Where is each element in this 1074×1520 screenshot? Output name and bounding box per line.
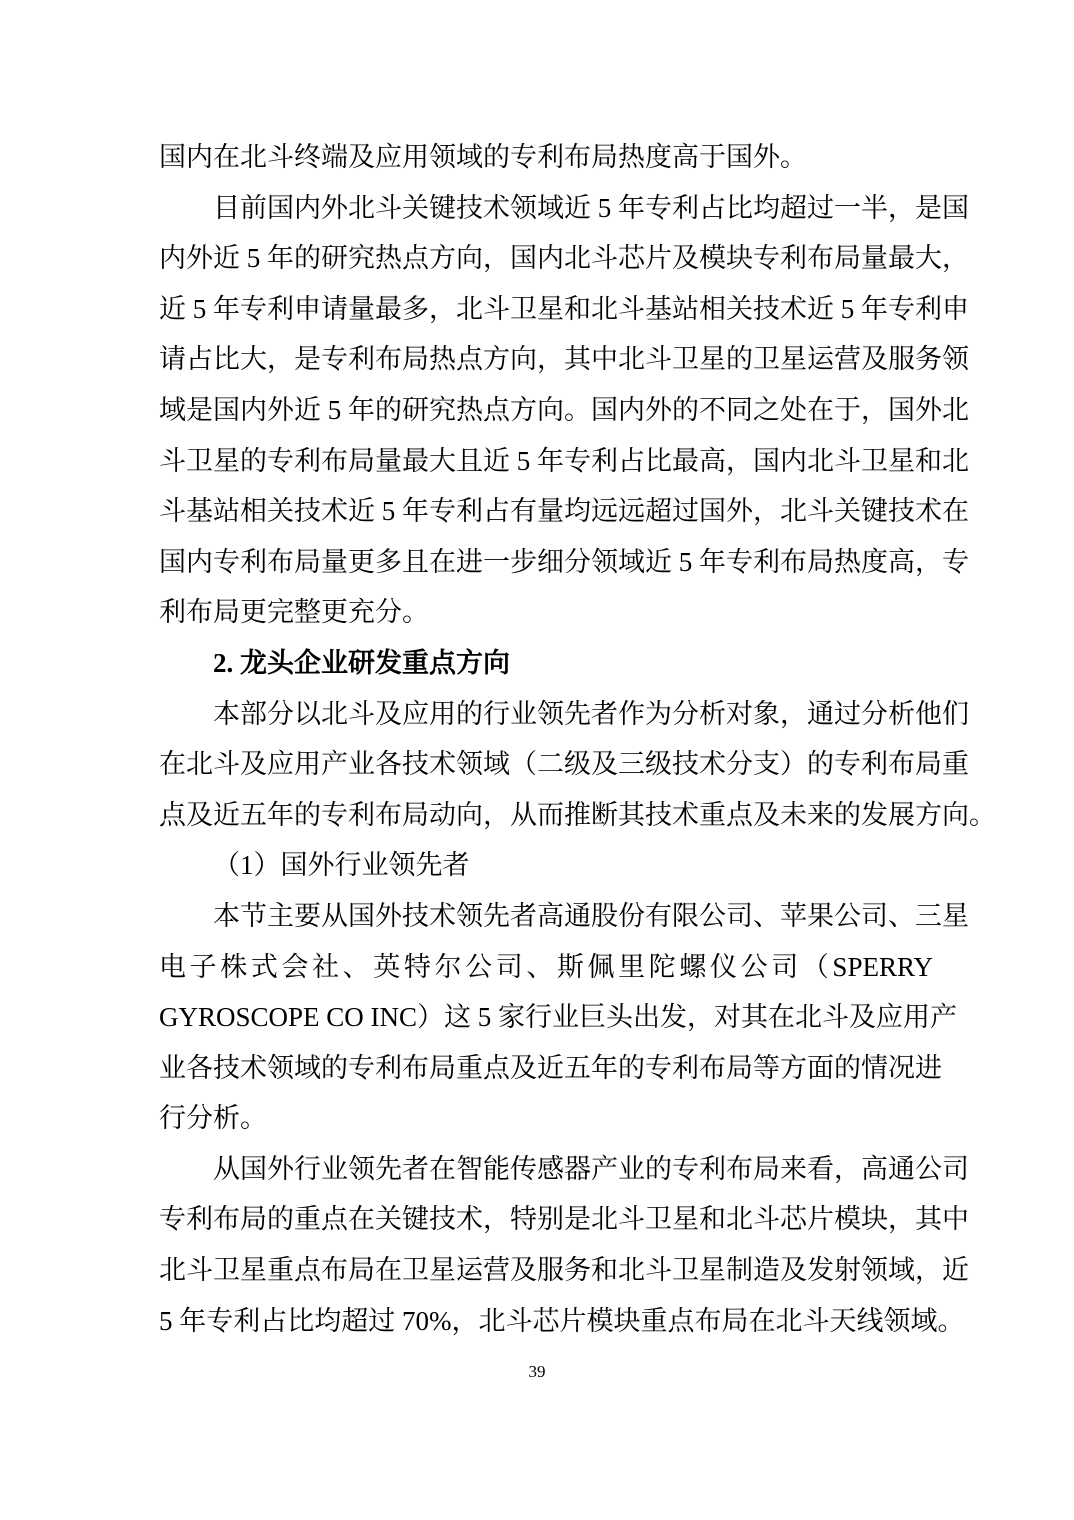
text-line: 斗卫星的专利布局量最大且近 5 年专利占比最高，国内北斗卫星和北 <box>159 436 933 487</box>
text-line: 专利布局的重点在关键技术，特别是北斗卫星和北斗芯片模块，其中 <box>159 1194 933 1245</box>
text-line: 5 年专利占比均超过 70%，北斗芯片模块重点布局在北斗天线领域。 <box>159 1296 933 1347</box>
section-heading: 2. 龙头企业研发重点方向 <box>159 638 933 689</box>
text-line: 在北斗及应用产业各技术领域（二级及三级技术分支）的专利布局重 <box>159 739 933 790</box>
text-line: 国内专利布局量更多且在进一步细分领域近 5 年专利布局热度高，专 <box>159 537 933 588</box>
text-line: 电子株式会社、英特尔公司、斯佩里陀螺仪公司（SPERRY <box>159 942 933 993</box>
text-line: 从国外行业领先者在智能传感器产业的专利布局来看，高通公司 <box>159 1144 933 1195</box>
document-body: 国内在北斗终端及应用领域的专利布局热度高于国外。 目前国内外北斗关键技术领域近 … <box>159 132 933 1346</box>
text-line: 目前国内外北斗关键技术领域近 5 年专利占比均超过一半，是国 <box>159 183 933 234</box>
text-line: 近 5 年专利申请量最多，北斗卫星和北斗基站相关技术近 5 年专利申 <box>159 284 933 335</box>
text-line: 北斗卫星重点布局在卫星运营及服务和北斗卫星制造及发射领域，近 <box>159 1245 933 1296</box>
page-number: 39 <box>0 1360 1074 1384</box>
text-line: 点及近五年的专利布局动向，从而推断其技术重点及未来的发展方向。 <box>159 790 933 841</box>
text-line: 本部分以北斗及应用的行业领先者作为分析对象，通过分析他们 <box>159 689 933 740</box>
document-page: 国内在北斗终端及应用领域的专利布局热度高于国外。 目前国内外北斗关键技术领域近 … <box>0 0 1074 1520</box>
text-line: 业各技术领域的专利布局重点及近五年的专利布局等方面的情况进 <box>159 1043 933 1094</box>
text-line: 行分析。 <box>159 1093 933 1144</box>
text-line: 域是国内外近 5 年的研究热点方向。国内外的不同之处在于，国外北 <box>159 385 933 436</box>
text-line: 国内在北斗终端及应用领域的专利布局热度高于国外。 <box>159 132 933 183</box>
text-line: GYROSCOPE CO INC）这 5 家行业巨头出发，对其在北斗及应用产 <box>159 992 933 1043</box>
text-line: 本节主要从国外技术领先者高通股份有限公司、苹果公司、三星 <box>159 891 933 942</box>
text-line: 请占比大，是专利布局热点方向，其中北斗卫星的卫星运营及服务领 <box>159 334 933 385</box>
text-line: 利布局更完整更充分。 <box>159 587 933 638</box>
text-line: 内外近 5 年的研究热点方向，国内北斗芯片及模块专利布局量最大， <box>159 233 933 284</box>
subsection-heading: （1）国外行业领先者 <box>159 840 933 891</box>
text-line: 斗基站相关技术近 5 年专利占有量均远远超过国外，北斗关键技术在 <box>159 486 933 537</box>
